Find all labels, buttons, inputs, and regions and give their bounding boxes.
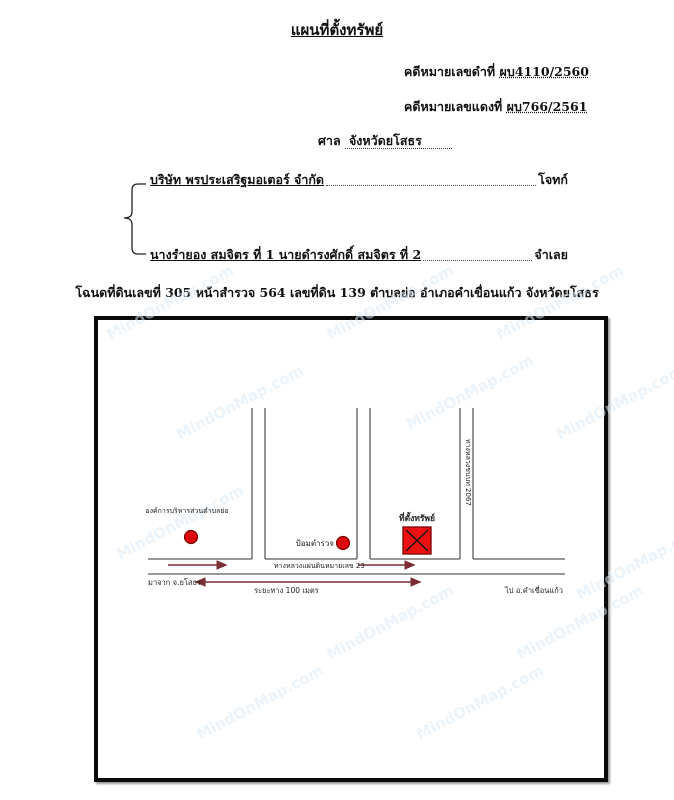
- police-box-icon: [337, 537, 350, 550]
- property-label: ที่ตั้งทรัพย์: [399, 511, 435, 524]
- distance-label: ระยะทาง 100 เมตร: [254, 586, 319, 595]
- from-label: มาจาก จ.ยโสธร: [148, 578, 201, 587]
- sao-location-icon: [185, 531, 198, 544]
- watermark-text: MindOnMap.com: [113, 481, 246, 563]
- side-roads: [252, 408, 473, 559]
- main-road-label: ทางหลวงแผ่นดินหมายเลข 23: [274, 562, 365, 570]
- watermark-text: MindOnMap.com: [553, 361, 674, 443]
- police-label: ป้อมตำรวจ: [296, 539, 335, 548]
- sao-label: องค์การบริหารส่วนตำบลย่อ: [145, 507, 228, 515]
- watermark-text: MindOnMap.com: [323, 581, 456, 663]
- watermark-text: MindOnMap.com: [493, 261, 626, 343]
- watermark-text: MindOnMap.com: [323, 261, 456, 343]
- watermark-layer: MindOnMap.comMindOnMap.comMindOnMap.comM…: [103, 261, 674, 743]
- location-map: MindOnMap.comMindOnMap.comMindOnMap.comM…: [0, 0, 674, 800]
- watermark-text: MindOnMap.com: [173, 361, 306, 443]
- watermark-text: MindOnMap.com: [413, 661, 546, 743]
- watermark-text: MindOnMap.com: [103, 261, 236, 343]
- to-label: ไป อ.คำเขื่อนแก้ว: [504, 585, 563, 595]
- watermark-text: MindOnMap.com: [403, 351, 536, 433]
- side-road-label: ทางหลวงชนบท 2067: [464, 439, 472, 506]
- property-marker-icon: [403, 527, 431, 554]
- watermark-text: MindOnMap.com: [193, 661, 326, 743]
